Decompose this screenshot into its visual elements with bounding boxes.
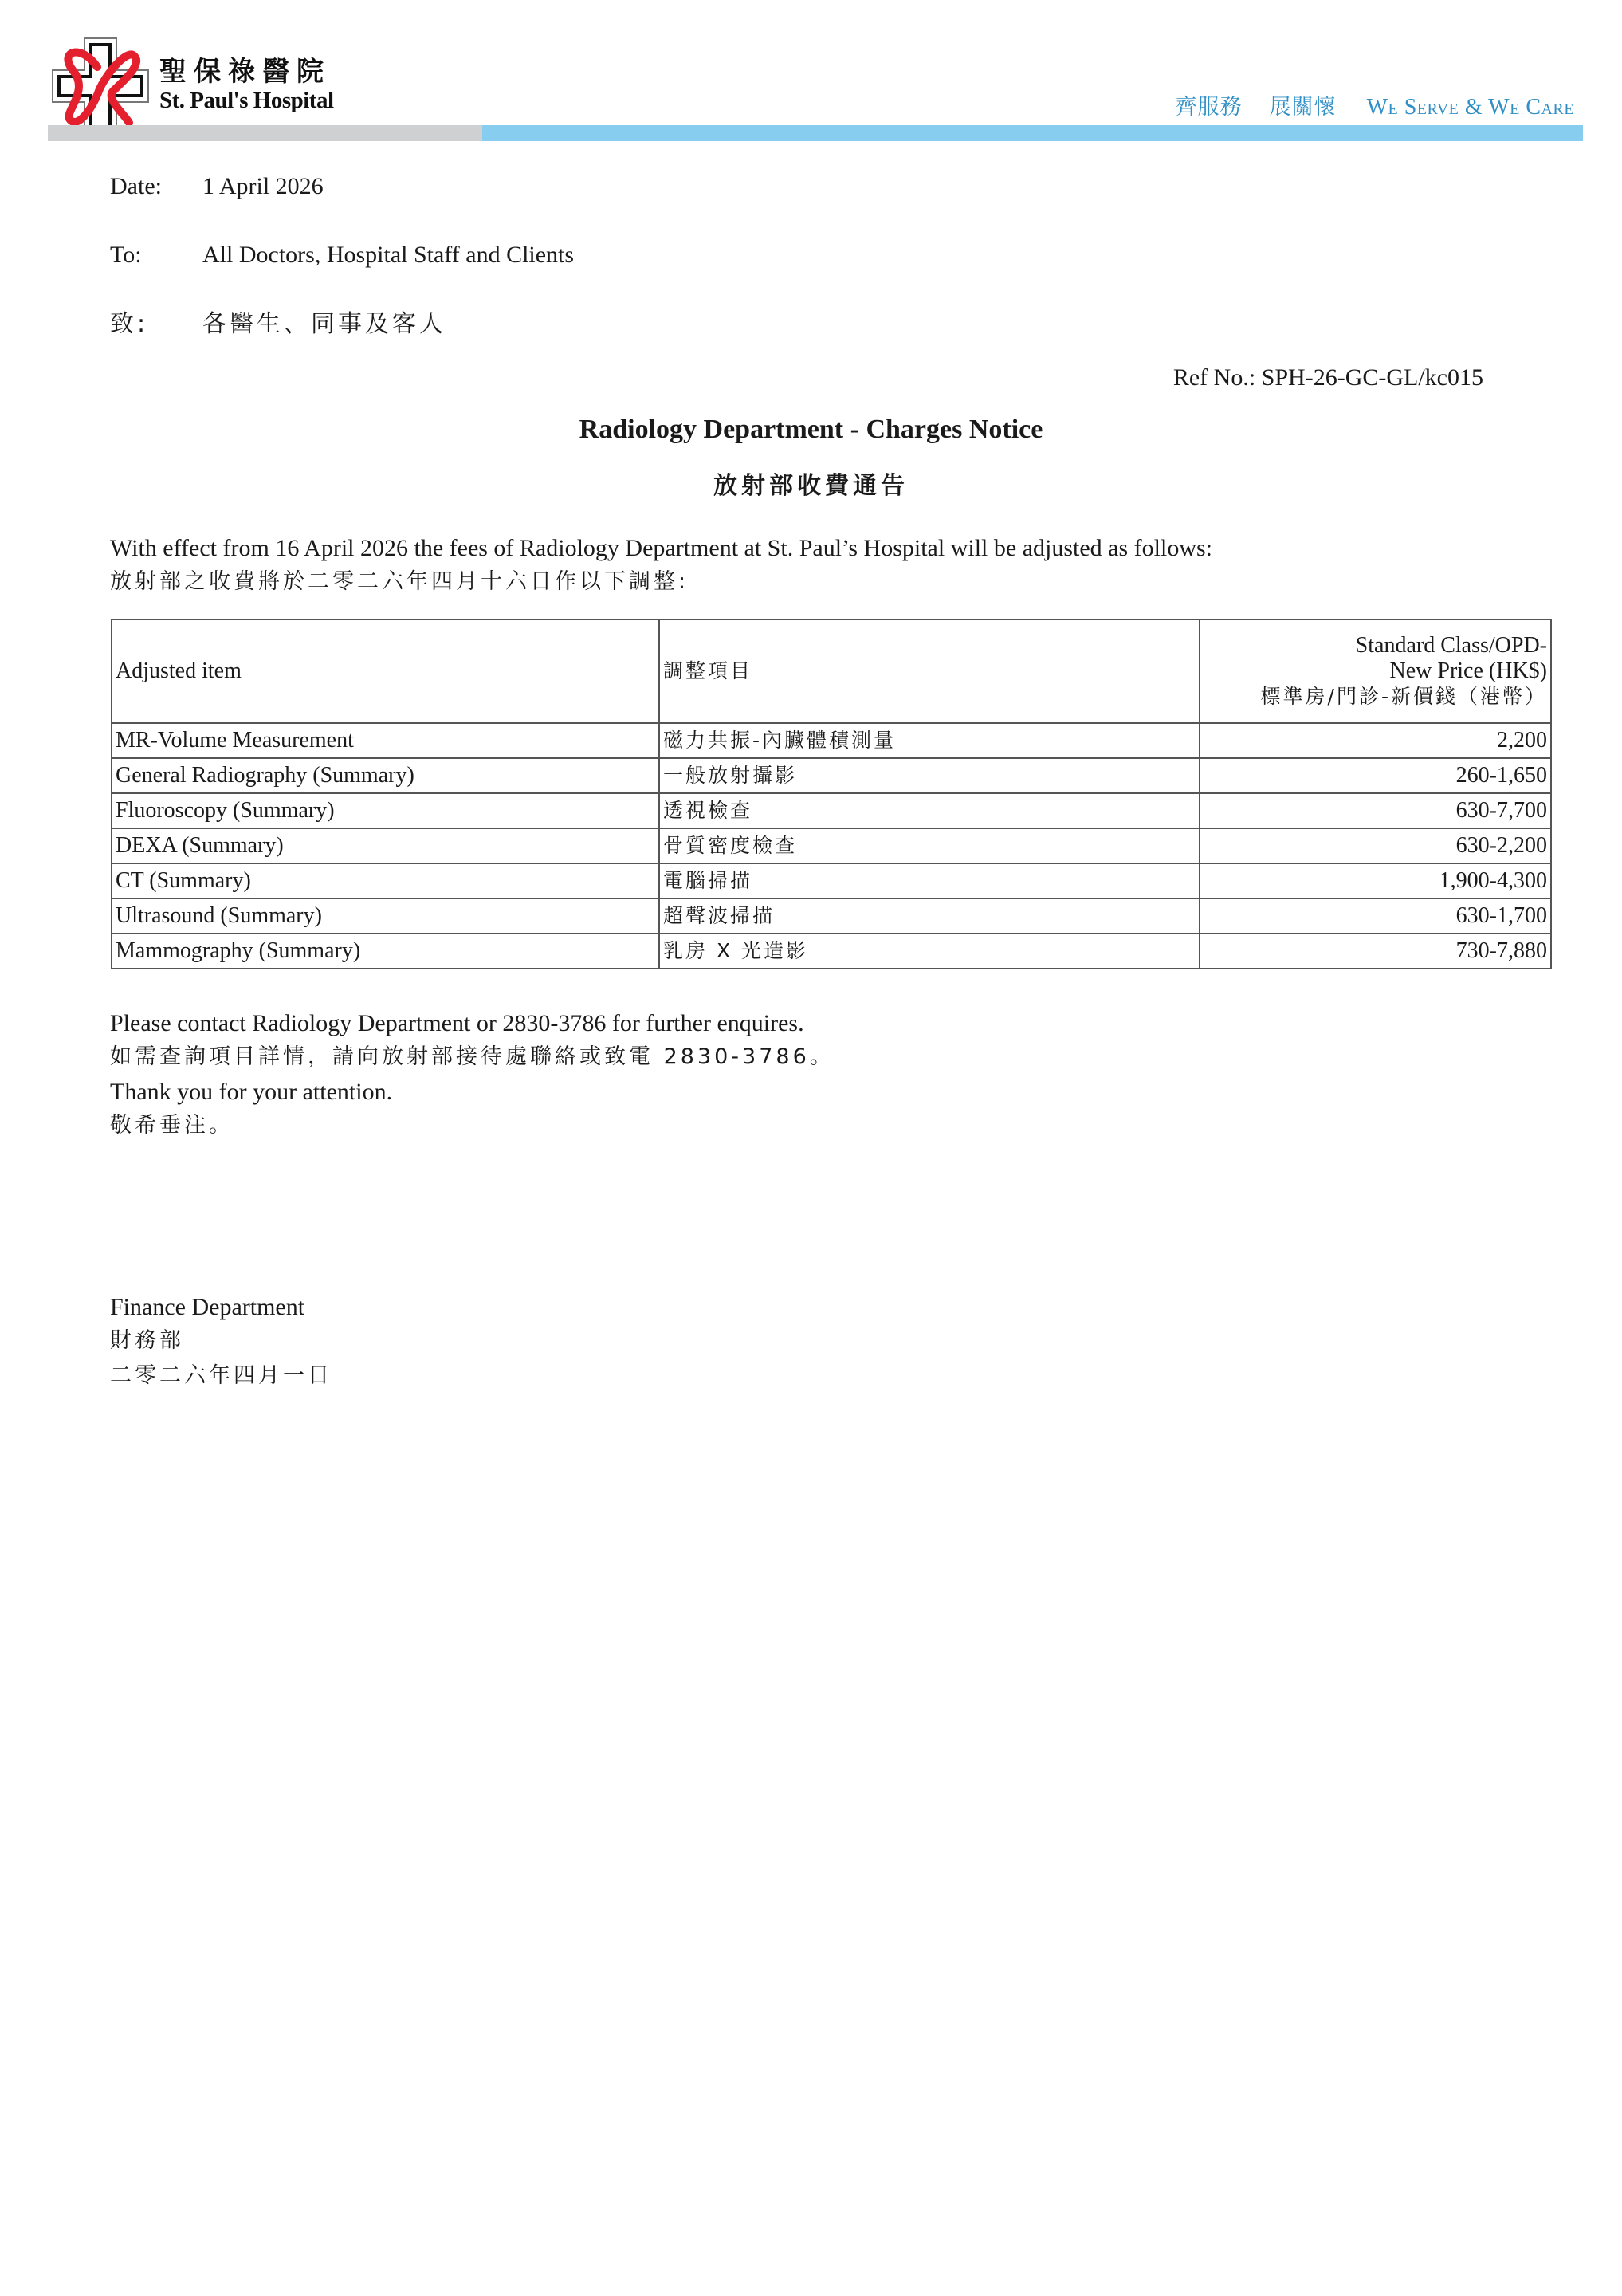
row-item-cn: 透視檢查 — [659, 793, 1200, 828]
row-item-cn: 乳房 X 光造影 — [659, 934, 1200, 969]
thanks-cn: 敬希垂注。 — [110, 1111, 234, 1140]
thanks-en: Thank you for your attention. — [110, 1078, 392, 1107]
contact-en: Please contact Radiology Department or 2… — [110, 1009, 804, 1038]
header-band-blue — [482, 125, 1583, 141]
header-price: Standard Class/OPD- New Price (HK$) 標準房/… — [1200, 619, 1551, 723]
header-item-cn: 調整項目 — [659, 619, 1200, 723]
row-item-cn: 電腦掃描 — [659, 863, 1200, 898]
hospital-name: 聖保祿醫院 St. Paul's Hospital — [159, 56, 334, 113]
date-label: Date: — [110, 172, 162, 201]
slogan-cn-2: 展關懷 — [1270, 95, 1337, 120]
page-title-cn: 放射部收費通告 — [0, 466, 1622, 501]
row-item-en: Mammography (Summary) — [112, 934, 659, 969]
header-band-grey — [48, 125, 482, 141]
row-price: 260-1,650 — [1200, 758, 1551, 793]
row-price: 630-2,200 — [1200, 828, 1551, 863]
table-row: DEXA (Summary)骨質密度檢查630-2,200 — [112, 828, 1551, 863]
signature-dept-cn: 財務部 — [110, 1327, 184, 1355]
row-price: 630-1,700 — [1200, 898, 1551, 934]
hospital-name-en: St. Paul's Hospital — [159, 88, 334, 113]
row-item-en: MR-Volume Measurement — [112, 723, 659, 758]
reference-number: Ref No.: SPH-26-GC-GL/kc015 — [1173, 364, 1483, 392]
date-value: 1 April 2026 — [202, 172, 324, 201]
row-price: 2,200 — [1200, 723, 1551, 758]
table-row: Mammography (Summary)乳房 X 光造影730-7,880 — [112, 934, 1551, 969]
contact-cn: 如需查詢項目詳情，請向放射部接待處聯絡或致電 2830-3786。 — [110, 1043, 835, 1071]
row-item-cn: 磁力共振-內臟體積測量 — [659, 723, 1200, 758]
row-item-en: Ultrasound (Summary) — [112, 898, 659, 934]
row-item-cn: 超聲波掃描 — [659, 898, 1200, 934]
row-item-en: DEXA (Summary) — [112, 828, 659, 863]
slogan-en: We Serve & We Care — [1367, 95, 1574, 120]
row-item-cn: 一般放射攝影 — [659, 758, 1200, 793]
charges-table: Adjusted item 調整項目 Standard Class/OPD- N… — [111, 619, 1552, 969]
row-item-en: CT (Summary) — [112, 863, 659, 898]
table-row: Fluoroscopy (Summary)透視檢查630-7,700 — [112, 793, 1551, 828]
table-row: Ultrasound (Summary)超聲波掃描630-1,700 — [112, 898, 1551, 934]
row-price: 630-7,700 — [1200, 793, 1551, 828]
table-row: MR-Volume Measurement磁力共振-內臟體積測量2,200 — [112, 723, 1551, 758]
row-price: 730-7,880 — [1200, 934, 1551, 969]
intro-en: With effect from 16 April 2026 the fees … — [110, 534, 1212, 563]
hospital-logo-icon — [49, 35, 151, 139]
hospital-name-cn: 聖保祿醫院 — [159, 56, 334, 88]
signature-date-cn: 二零二六年四月一日 — [110, 1362, 332, 1390]
table-row: General Radiography (Summary)一般放射攝影260-1… — [112, 758, 1551, 793]
to-label: To: — [110, 241, 142, 269]
to-value: All Doctors, Hospital Staff and Clients — [202, 241, 574, 269]
signature-dept-en: Finance Department — [110, 1293, 304, 1322]
slogan: 齊服務 展關懷 We Serve & We Care — [1176, 89, 1574, 120]
row-item-en: Fluoroscopy (Summary) — [112, 793, 659, 828]
row-price: 1,900-4,300 — [1200, 863, 1551, 898]
table-row: CT (Summary)電腦掃描1,900-4,300 — [112, 863, 1551, 898]
to-cn-value: 各醫生、同事及客人 — [202, 310, 446, 339]
intro-cn: 放射部之收費將於二零二六年四月十六日作以下調整: — [110, 568, 689, 596]
row-item-en: General Radiography (Summary) — [112, 758, 659, 793]
row-item-cn: 骨質密度檢查 — [659, 828, 1200, 863]
header-item-en: Adjusted item — [112, 619, 659, 723]
slogan-cn-1: 齊服務 — [1176, 95, 1243, 120]
table-header-row: Adjusted item 調整項目 Standard Class/OPD- N… — [112, 619, 1551, 723]
page-title: Radiology Department - Charges Notice — [0, 415, 1622, 445]
to-cn-label: 致: — [110, 310, 148, 339]
